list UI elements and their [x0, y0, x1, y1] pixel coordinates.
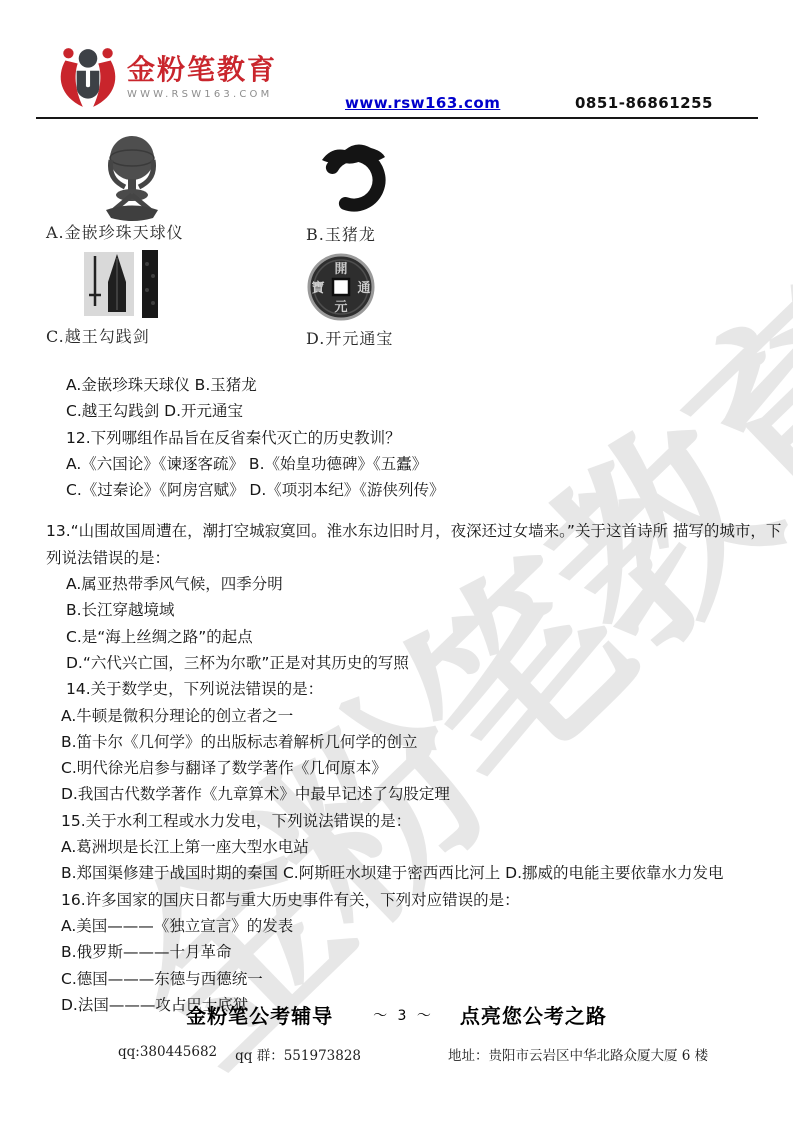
footer-address: 地址：贵阳市云岩区中华北路众厦大厦 6 楼 [448, 1044, 708, 1064]
footer-slogan-row: 金粉笔公考辅导 ～ 3 ～ 点亮您公考之路 [0, 1000, 793, 1029]
exam-page: 金粉笔教育 金粉笔教育 WWW.RSW163.COM www.rsw163.co… [0, 0, 793, 1122]
answer-recap-line: C.越王勾践剑 D.开元通宝 [0, 398, 793, 424]
figure-jade-dragon-image [312, 138, 392, 216]
brand-logo-icon [55, 45, 121, 113]
question-12-stem: 12.下列哪组作品旨在反省秦代灭亡的历史教训？ [0, 425, 793, 451]
figure-celestial-globe-image [95, 132, 169, 222]
question-14-option-d: D.我国古代数学著作《九章算术》中最早记述了勾股定理 [0, 781, 793, 807]
figure-sword-image [84, 250, 164, 322]
figure-label-b: B.玉猪龙 [306, 222, 376, 245]
coin-char-left: 寶 [311, 280, 324, 296]
question-15-option-a: A.葛洲坝是长江上第一座大型水电站 [0, 834, 793, 860]
brand-site: WWW.RSW163.COM [127, 89, 277, 100]
answer-recap-line: A.金嵌珍珠天球仪 B.玉猪龙 [0, 372, 793, 398]
footer-page-number: ～ 3 ～ [373, 1005, 434, 1025]
question-14-option-a: A.牛顿是微积分理论的创立者之一 [0, 703, 793, 729]
question-14-stem: 14.关于数学史，下列说法错误的是： [0, 676, 793, 702]
figure-label-d: D.开元通宝 [306, 326, 393, 349]
figure-coin-image: 開 通 元 寶 [302, 253, 381, 323]
footer-qq-group: qq 群：551973828 [235, 1044, 361, 1064]
coin-char-right: 通 [357, 280, 370, 296]
header-website-link[interactable]: www.rsw163.com [345, 94, 500, 112]
question-13-stem-line2: 列说法错误的是： [0, 545, 793, 571]
question-12-options-ab: A.《六国论》《谏逐客疏》 B.《始皇功德碑》《五蠹》 [0, 451, 793, 477]
question-16-stem: 16.许多国家的国庆日都与重大历史事件有关，下列对应错误的是： [0, 887, 793, 913]
header-divider [36, 117, 758, 119]
question-15-options-bcd: B.郑国渠修建于战国时期的秦国 C.阿斯旺水坝建于密西西比河上 D.挪威的电能主… [0, 860, 793, 886]
footer-qq-info: qq:380445682 qq 群：551973828 [118, 1044, 361, 1064]
footer-slogan-left: 金粉笔公考辅导 [186, 1000, 333, 1029]
header-logo: 金粉笔教育 WWW.RSW163.COM [55, 45, 277, 113]
question-13-option-a: A.属亚热带季风气候，四季分明 [0, 571, 793, 597]
question-16-option-b: B.俄罗斯———十月革命 [0, 939, 793, 965]
coin-char-bottom: 元 [334, 300, 347, 315]
coin-char-top: 開 [334, 262, 347, 277]
question-13-option-b: B.长江穿越境域 [0, 597, 793, 623]
question-text-block: A.金嵌珍珠天球仪 B.玉猪龙 C.越王勾践剑 D.开元通宝 12.下列哪组作品… [0, 372, 793, 1018]
question-14-option-b: B.笛卡尔《几何学》的出版标志着解析几何学的创立 [0, 729, 793, 755]
question-13-option-c: C.是“海上丝绸之路”的起点 [0, 624, 793, 650]
question-12-options-cd: C.《过秦论》《阿房宫赋》 D.《项羽本纪》《游侠列传》 [0, 477, 793, 503]
footer-slogan-right: 点亮您公考之路 [460, 1000, 607, 1029]
question-14-option-c: C.明代徐光启参与翻译了数学著作《几何原本》 [0, 755, 793, 781]
header-phone: 0851-86861255 [575, 94, 713, 112]
question-16-option-c: C.德国———东德与西德统一 [0, 966, 793, 992]
figure-label-a: A.金嵌珍珠天球仪 [46, 220, 184, 243]
question-13-option-d: D.“六代兴亡国，三杯为尔歌”正是对其历史的写照 [0, 650, 793, 676]
question-13-stem-line1: 13.“山围故国周遭在，潮打空城寂寞回。淮水东边旧时月，夜深还过女墙来。”关于这… [0, 518, 793, 544]
brand-title: 金粉笔教育 [127, 55, 277, 86]
brand-text-block: 金粉笔教育 WWW.RSW163.COM [127, 45, 277, 100]
question-16-option-a: A.美国———《独立宣言》的发表 [0, 913, 793, 939]
figure-label-c: C.越王勾践剑 [46, 324, 150, 347]
question-15-stem: 15.关于水利工程或水力发电，下列说法错误的是： [0, 808, 793, 834]
footer-qq-number: qq:380445682 [118, 1044, 217, 1064]
